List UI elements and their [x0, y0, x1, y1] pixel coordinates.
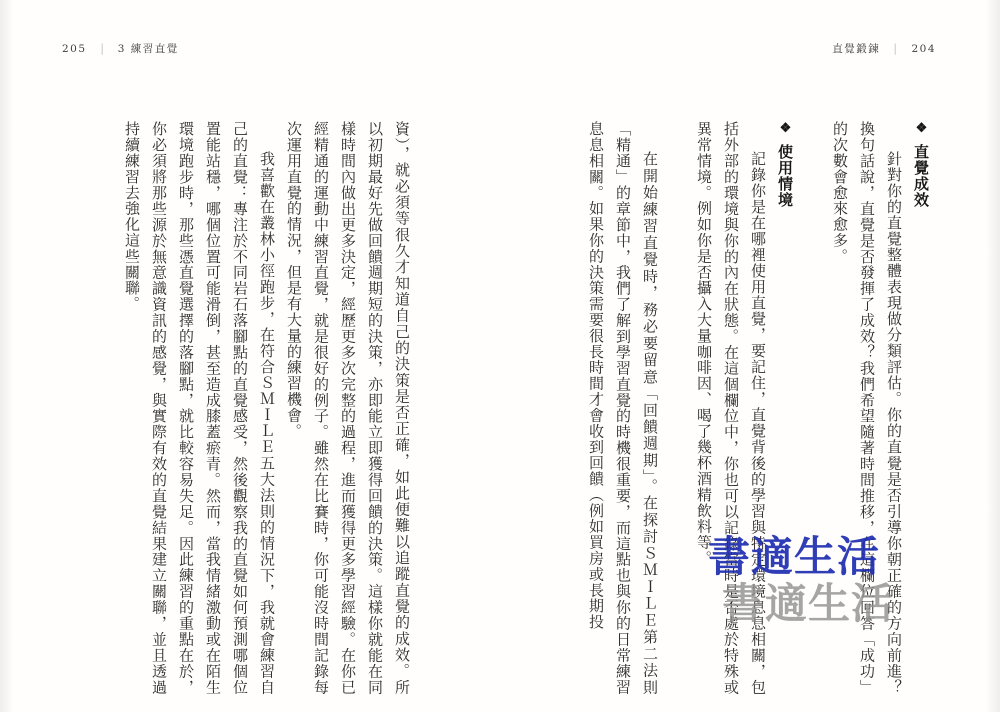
right-page-text: ❖直覺成效 針對你的直覺整體表現做分類評估。你的直覺是否引導你朝正確的方向前進？… — [582, 121, 935, 695]
body-paragraph: 在開始練習直覺時，務必要留意「回饋週期」。在探討ＳＭＩＬＥ第二法則「精通」的章節… — [582, 121, 663, 695]
running-head-divider: | — [101, 42, 104, 55]
section-heading-usage-context: ❖使用情境 — [771, 121, 799, 695]
right-page-number: 204 — [911, 43, 936, 55]
left-page-text: 資），就必須等很久才知道自己的決策是否正確，如此便難以追蹤直覺的成效。所以初期最… — [118, 121, 415, 695]
book-title: 直覺鍛鍊 — [832, 41, 880, 56]
diamond-marker-icon: ❖ — [914, 121, 929, 137]
book-spread: 205 | 3 練習直覺 直覺鍛鍊 | 204 ❖直覺成效 針對你的直覺整體表現… — [0, 0, 1000, 712]
section-heading-label: 使用情境 — [776, 144, 794, 208]
section-heading-label: 直覺成效 — [912, 144, 930, 208]
running-head-divider: | — [894, 42, 897, 55]
diamond-marker-icon: ❖ — [778, 121, 793, 137]
body-paragraph: 針對你的直覺整體表現做分類評估。你的直覺是否引導你朝正確的方向前進？換句話說，直… — [826, 121, 907, 695]
scan-edge-shading-left — [0, 0, 14, 712]
body-paragraph: 我喜歡在叢林小徑跑步，在符合ＳＭＩＬＥ五大法則的情況下，我就會練習自己的直覺：專… — [118, 121, 280, 695]
body-paragraph-continuation: 資），就必須等很久才知道自己的決策是否正確，如此便難以追蹤直覺的成效。所以初期最… — [280, 121, 415, 695]
left-page-number: 205 — [62, 43, 87, 55]
scan-edge-shading-right — [986, 0, 1000, 712]
running-head-right: 直覺鍛鍊 | 204 — [832, 41, 936, 56]
chapter-label: 3 練習直覺 — [118, 41, 179, 56]
section-heading-intuition-effect: ❖直覺成效 — [907, 121, 935, 695]
running-head-left: 205 | 3 練習直覺 — [62, 41, 179, 56]
body-paragraph: 記錄你是在哪裡使用直覺，要記住，直覺背後的學習與特定環境息息相關，包括外部的環境… — [690, 121, 771, 695]
